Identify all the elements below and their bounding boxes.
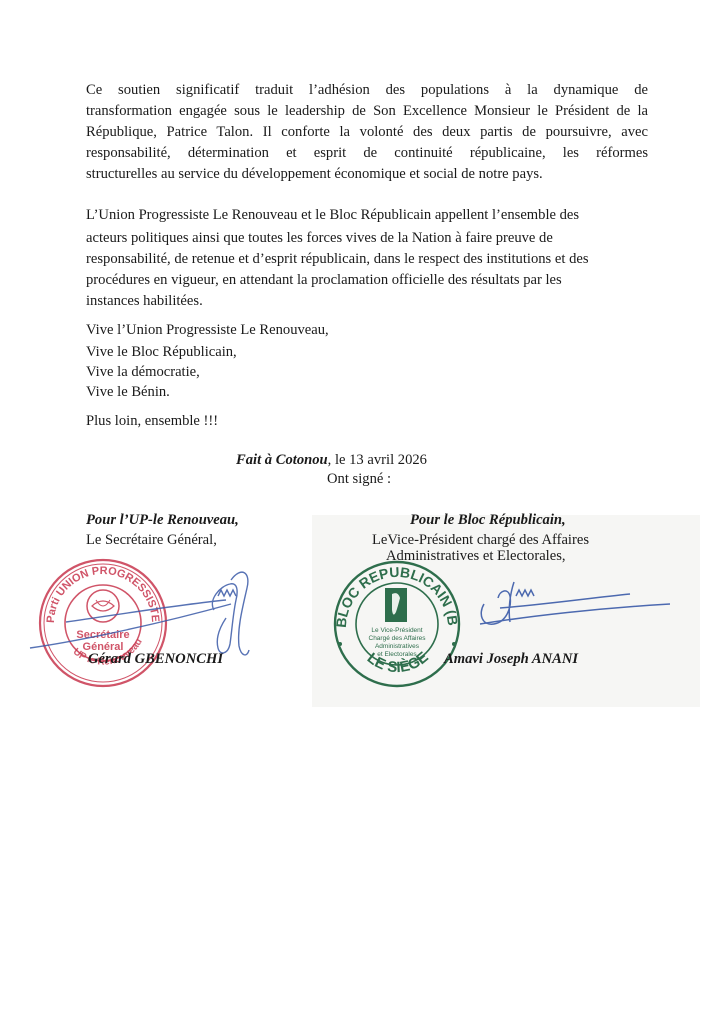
paragraph-support: Ce soutien significatif traduit l’adhési… [86,80,648,185]
left-role: Le Secrétaire Général, [86,532,217,549]
place-date: Fait à Cotonou, le 13 avril 2026 [236,452,427,469]
slogans-list: Vive l’Union Progressiste Le Renouveau, … [86,320,329,402]
right-signatory-name: Amavi Joseph ANANI [444,651,578,668]
text-line: responsabilité, détermination et esprit … [86,143,648,164]
slogan: Vive le Bloc Républicain, [86,342,329,362]
place-label: Fait à Cotonou [236,452,328,468]
text-line: structurelles au service du développemen… [86,164,648,185]
stamp-center-line: Administratives [375,643,420,650]
role-line: LeVice-Président chargé des Affaires [372,532,589,548]
stamp-center-line: et Electorales [377,651,417,658]
text-line: procédures en vigueur, en attendant la p… [86,270,648,291]
signed-label: Ont signé : [327,471,391,488]
right-signature [470,578,680,643]
stamp-center-line: Chargé des Affaires [369,635,427,642]
paragraph-appeal: L’Union Progressiste Le Renouveau et le … [86,205,648,312]
left-signatory-name: Gérard GBENONCHI [88,651,223,668]
right-party-label: Pour le Bloc Républicain, [410,512,566,529]
stamp-center-line: Le Vice-Président [371,627,422,634]
slogan: Vive le Bénin. [86,382,329,402]
slogan: Vive la démocratie, [86,362,329,382]
document-page: Ce soutien significatif traduit l’adhési… [0,0,723,1024]
text-line: responsabilité, de retenue et d’esprit r… [86,249,648,270]
bloc-republicain-stamp: BLOC REPUBLICAIN (BR) LE SIÈGE Le Vice-P… [332,558,462,690]
text-line: transformation engagée sous le leadershi… [86,101,648,122]
left-party-label: Pour l’UP-le Renouveau, [86,512,239,529]
text-line: République, Patrice Talon. Il conforte l… [86,122,648,143]
text-line: instances habilitées. [86,291,648,312]
text-line: acteurs politiques ainsi que toutes les … [86,228,648,249]
text-line: L’Union Progressiste Le Renouveau et le … [86,205,648,226]
text-line: Ce soutien significatif traduit l’adhési… [86,80,648,101]
closing-line: Plus loin, ensemble !!! [86,413,218,430]
date-text: , le 13 avril 2026 [328,452,427,468]
slogan: Vive l’Union Progressiste Le Renouveau, [86,320,329,340]
